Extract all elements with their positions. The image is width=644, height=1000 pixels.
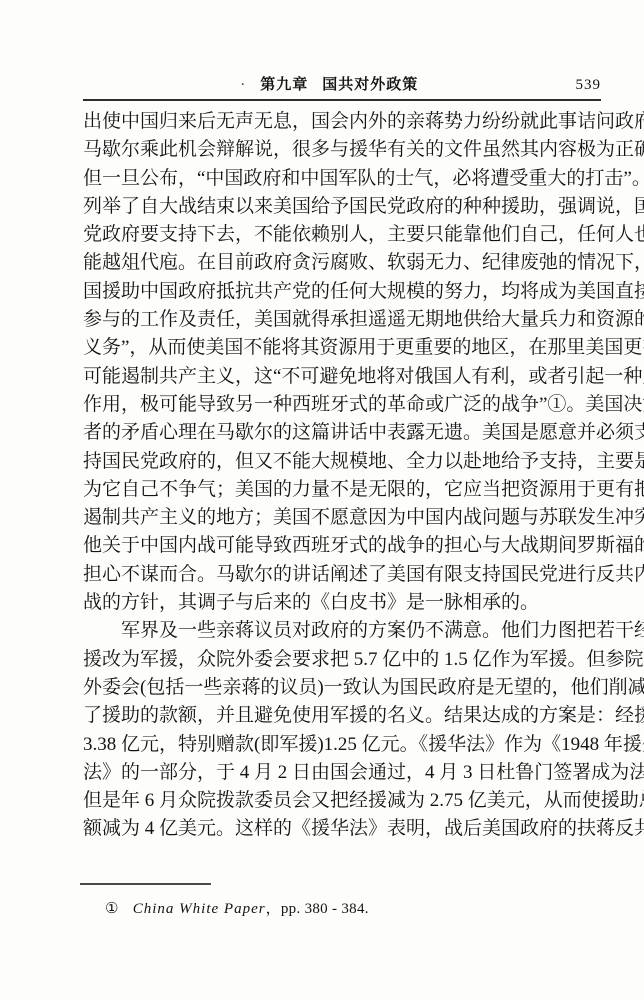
- text-line: 持国民党政府的，但又不能大规模地、全力以赴地给予支持，主要是因: [83, 448, 601, 476]
- text-line: 3.38 亿元，特别赠款(即军援)1.25 亿元。《援华法》作为《1948 年援…: [83, 731, 601, 759]
- chapter-heading: ·第九章国共对外政策: [83, 74, 576, 96]
- body-text: 出使中国归来后无声无息，国会内外的亲蒋势力纷纷就此事诘问政府。 马歇尔乘此机会辩…: [83, 108, 601, 844]
- header-rule: [83, 99, 601, 101]
- text-line: 出使中国归来后无声无息，国会内外的亲蒋势力纷纷就此事诘问政府。: [83, 108, 601, 136]
- text-line: 额减为 4 亿美元。这样的《援华法》表明，战后美国政府的扶蒋反共政: [83, 815, 601, 843]
- text-line: 可能遏制共产主义，这“不可避免地将对俄国人有利，或者引起一种反: [83, 363, 601, 391]
- text-line: 马歇尔乘此机会辩解说，很多与援华有关的文件虽然其内容极为正确，: [83, 136, 601, 164]
- text-line: 他关于中国内战可能导致西班牙式的战争的担心与大战期间罗斯福的: [83, 532, 601, 560]
- text-line: 义务”，从而使美国不能将其资源用于更重要的地区，在那里美国更有: [83, 334, 601, 362]
- text-line: 列举了自大战结束以来美国给予国民党政府的种种援助，强调说，国民: [83, 193, 601, 221]
- footnote-pages: ，pp. 380 - 384.: [266, 901, 369, 917]
- text-line: 作用，极可能导致另一种西班牙式的革命或广泛的战争”①。美国决策: [83, 391, 601, 419]
- text-line: 但一旦公布，“中国政府和中国军队的士气，必将遭受重大的打击”。他: [83, 165, 601, 193]
- page-number: 539: [576, 74, 602, 96]
- header-dot: ·: [240, 77, 246, 93]
- text-line: 为它自己不争气；美国的力量不是无限的，它应当把资源用于更有把握: [83, 476, 601, 504]
- footnote-source-title: China White Paper: [133, 901, 266, 917]
- text-line: 遏制共产主义的地方；美国不愿意因为中国内战问题与苏联发生冲突，: [83, 504, 601, 532]
- footnote: ①China White Paper，pp. 380 - 384.: [80, 883, 369, 919]
- text-line: 了援助的款额，并且避免使用军援的名义。结果达成的方案是：经援: [83, 702, 601, 730]
- text-line-paragraph-end: 战的方针，其调子与后来的《白皮书》是一脉相承的。: [83, 589, 601, 617]
- footnote-marker: ①: [105, 901, 119, 917]
- text-line: 国援助中国政府抵抗共产党的任何大规模的努力，均将成为美国直接: [83, 278, 601, 306]
- text-line: 法》的一部分，于 4 月 2 日由国会通过，4 月 3 日杜鲁门签署成为法律。: [83, 759, 601, 787]
- text-line: 援改为军援，众院外委会要求把 5.7 亿中的 1.5 亿作为军援。但参院: [83, 646, 601, 674]
- chapter-title: 国共对外政策: [322, 77, 418, 93]
- text-line: 党政府要支持下去，不能依赖别人，主要只能靠他们自己，任何人也不: [83, 221, 601, 249]
- text-line: 外委会(包括一些亲蒋的议员)一致认为国民政府是无望的，他们削减: [83, 674, 601, 702]
- text-line-paragraph-start: 军界及一些亲蒋议员对政府的方案仍不满意。他们力图把若干经: [83, 617, 601, 645]
- book-page: ·第九章国共对外政策 539 出使中国归来后无声无息，国会内外的亲蒋势力纷纷就此…: [0, 0, 644, 1000]
- text-line: 者的矛盾心理在马歇尔的这篇讲话中表露无遗。美国是愿意并必须支: [83, 419, 601, 447]
- chapter-number: 第九章: [260, 77, 308, 93]
- text-line: 能越俎代庖。在目前政府贪污腐败、软弱无力、纪律废弛的情况下，“美: [83, 249, 601, 277]
- footnote-text: ①China White Paper，pp. 380 - 384.: [80, 899, 369, 919]
- footnote-rule: [80, 883, 211, 885]
- running-head: ·第九章国共对外政策 539: [83, 74, 601, 96]
- text-line: 参与的工作及责任，美国就得承担遥遥无期地供给大量兵力和资源的: [83, 306, 601, 334]
- text-line: 担心不谋而合。马歇尔的讲话阐述了美国有限支持国民党进行反共内: [83, 561, 601, 589]
- text-line: 但是年 6 月众院拨款委员会又把经援减为 2.75 亿美元，从而使援助总: [83, 787, 601, 815]
